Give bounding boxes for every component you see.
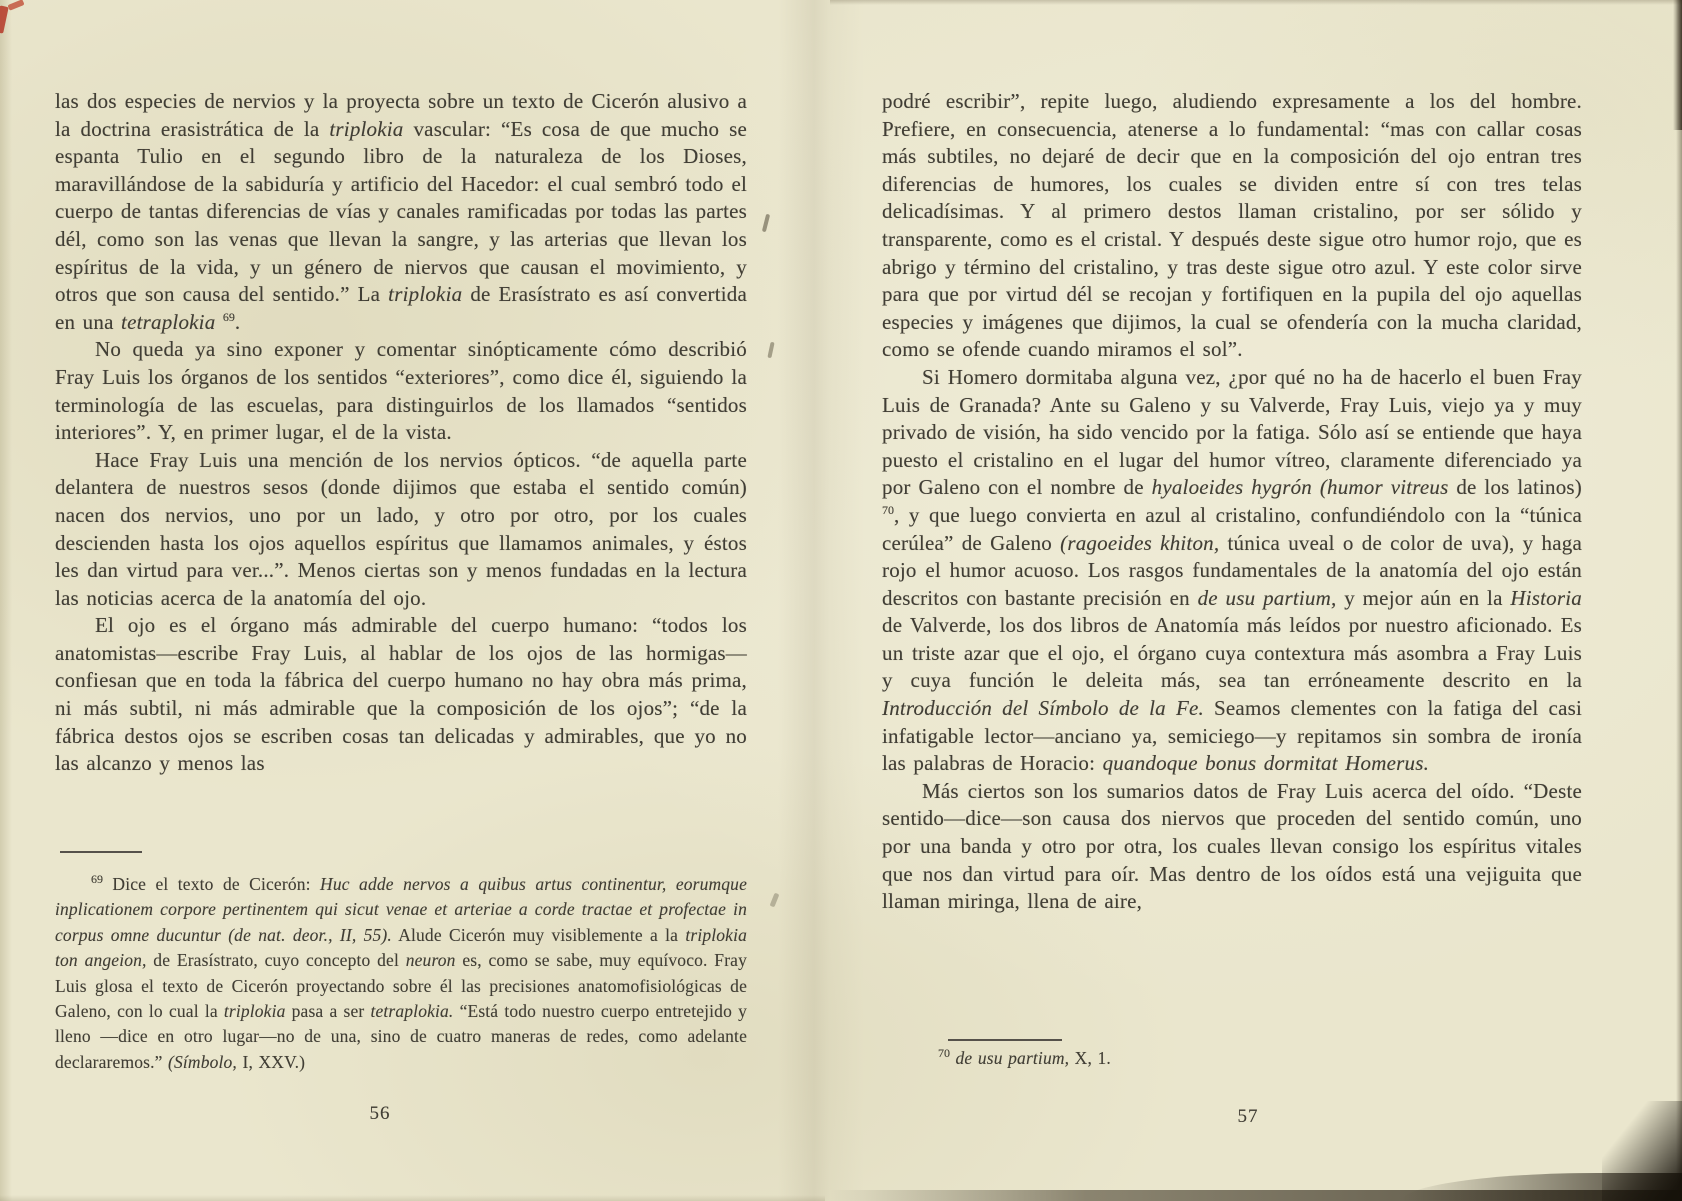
italic-text-run: triplokia: [388, 282, 462, 306]
book-scan: { "book": { "left_page": { "page_number"…: [0, 0, 1682, 1201]
text-run: de Valverde, los dos libros de Anatomía …: [882, 613, 1582, 692]
gutter-speck: [767, 342, 774, 358]
bottom-left-edge-shading: [0, 1195, 825, 1201]
right-footnote-separator: [948, 1039, 1062, 1041]
text-run: Dice el texto de Cicerón:: [103, 874, 320, 894]
text-run: y mejor aún en la: [1336, 586, 1510, 610]
gutter-speck: [762, 214, 770, 232]
italic-text-run: triplokia: [224, 1001, 286, 1021]
top-edge-shadow: [830, 0, 1682, 5]
italic-text-run: quandoque bonus dormitat Homerus.: [1103, 751, 1429, 775]
text-run: No queda ya sino exponer y comentar sinó…: [55, 337, 747, 444]
text-run: pasa a ser: [286, 1001, 371, 1021]
italic-text-run: hyaloeides hygrón (humor vitreus: [1152, 475, 1449, 499]
text-run: .: [235, 310, 240, 334]
right-top-edge-shadow: [1673, 0, 1682, 130]
bottom-right-corner-shadow: [1602, 1101, 1682, 1201]
paragraph: Si Homero dormitaba alguna vez, ¿por qué…: [882, 364, 1582, 778]
text-run: podré escribir”, repite luego, aludiendo…: [882, 89, 1582, 361]
left-page-edge-shading: [0, 0, 12, 1201]
text-run: Más ciertos son los sumarios datos de Fr…: [882, 779, 1582, 913]
right-page-number: 57: [1208, 1106, 1288, 1128]
left-page-number: 56: [340, 1103, 420, 1125]
italic-text-run: de usu partium,: [1198, 586, 1337, 610]
italic-text-run: neuron: [406, 950, 456, 970]
paragraph: El ojo es el órgano más admirable del cu…: [55, 612, 747, 778]
italic-text-run: tetraplokia.: [370, 1001, 453, 1021]
footnote-marker: 69: [91, 872, 103, 886]
right-footnote: 70 de usu partium, X, 1.: [882, 1046, 1582, 1071]
right-page-edge-shading: [1676, 0, 1682, 1201]
text-run: de Erasístrato, cuyo concepto del: [147, 950, 406, 970]
italic-text-run: (ragoeides khiton,: [1060, 531, 1219, 555]
italic-text-run: Historia: [1510, 586, 1582, 610]
italic-text-run: triplokia: [329, 117, 403, 141]
text-run: Alude Cicerón muy visiblemente a la: [392, 925, 685, 945]
left-footnote-separator: [60, 851, 142, 853]
left-footnote: 69 Dice el texto de Cicerón: Huc adde ne…: [55, 872, 747, 1075]
text-run: X, 1.: [1069, 1048, 1111, 1068]
right-page-body: podré escribir”, repite luego, aludiendo…: [882, 88, 1582, 916]
footnote-marker: 70: [882, 503, 894, 517]
left-page-body: las dos especies de nervios y la proyect…: [55, 88, 747, 778]
text-run: vascular: “Es cosa de que mucho se espan…: [55, 117, 747, 307]
text-run: I, XXV.): [237, 1052, 305, 1072]
text-run: [215, 310, 222, 334]
paragraph: las dos especies de nervios y la proyect…: [55, 88, 747, 336]
italic-text-run: Introducción del Símbolo de la Fe.: [882, 696, 1204, 720]
paragraph: Hace Fray Luis una mención de los nervio…: [55, 447, 747, 613]
gutter-shadow: [778, 0, 864, 1201]
footnote-marker: 69: [223, 310, 235, 324]
text-run: de los latinos): [1449, 475, 1583, 499]
text-run: Hace Fray Luis una mención de los nervio…: [55, 448, 747, 610]
text-run: El ojo es el órgano más admirable del cu…: [55, 613, 747, 775]
footnote-marker: 70: [938, 1046, 950, 1060]
italic-text-run: (Símbolo,: [168, 1052, 237, 1072]
paragraph: Más ciertos son los sumarios datos de Fr…: [882, 778, 1582, 916]
italic-text-run: de usu partium,: [956, 1048, 1070, 1068]
paragraph: podré escribir”, repite luego, aludiendo…: [882, 88, 1582, 364]
italic-text-run: tetraplokia: [121, 310, 215, 334]
paragraph: No queda ya sino exponer y comentar sinó…: [55, 336, 747, 446]
